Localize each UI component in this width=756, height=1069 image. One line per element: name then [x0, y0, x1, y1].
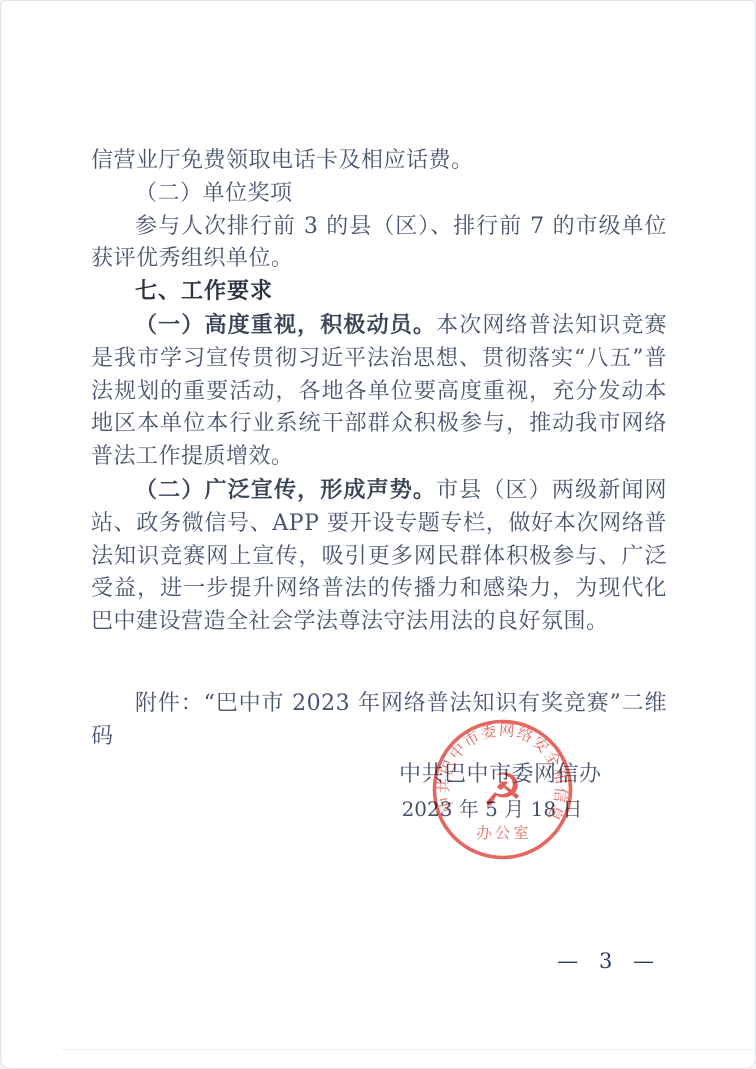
paragraph-text: 信营业厅免费领取电话卡及相应话费。: [91, 148, 474, 173]
document-body: 信营业厅免费领取电话卡及相应话费。（二）单位奖项参与人次排行前 3 的县（区）、…: [91, 145, 667, 754]
paragraph-text: 参与人次排行前 3 的县（区）、排行前 7 的市级单位获评优秀组织单位。: [91, 214, 667, 272]
paragraph-text: 附件：“巴中市 2023 年网络普法知识有奖竞赛”二维码: [91, 691, 667, 749]
footer-divider: [61, 1049, 755, 1050]
signature-block: 中共巴中市委网信办 2023 年 5 月 18 日: [399, 761, 585, 822]
paragraph-text: 七、工作要求: [135, 279, 273, 304]
paragraph: 信营业厅免费领取电话卡及相应话费。: [91, 145, 667, 178]
paragraph: 参与人次排行前 3 的县（区）、排行前 7 的市级单位获评优秀组织单位。: [91, 211, 667, 277]
document-page: 信营业厅免费领取电话卡及相应话费。（二）单位奖项参与人次排行前 3 的县（区）、…: [0, 0, 756, 1069]
attachment-line: 附件：“巴中市 2023 年网络普法知识有奖竞赛”二维码: [91, 688, 667, 754]
page-number: — 3 —: [557, 949, 656, 973]
paragraph-lead: （二）广泛宣传，形成声势。: [135, 477, 436, 503]
paragraph: （二）单位奖项: [91, 178, 667, 211]
paragraph-lead: （一）高度重视，积极动员。: [135, 312, 436, 338]
signing-date: 2023 年 5 月 18 日: [399, 796, 585, 822]
paragraph: （一）高度重视，积极动员。本次网络普法知识竞赛是我市学习宣传贯彻习近平法治思想、…: [91, 309, 667, 474]
signing-organization: 中共巴中市委网信办: [399, 761, 585, 789]
paragraph: （二）广泛宣传，形成声势。市县（区）两级新闻网站、政务微信号、APP 要开设专题…: [91, 474, 667, 639]
paragraph-text: （二）单位奖项: [135, 181, 293, 206]
seal-bottom-text: 办公室: [476, 824, 532, 842]
section-heading: 七、工作要求: [91, 276, 667, 309]
